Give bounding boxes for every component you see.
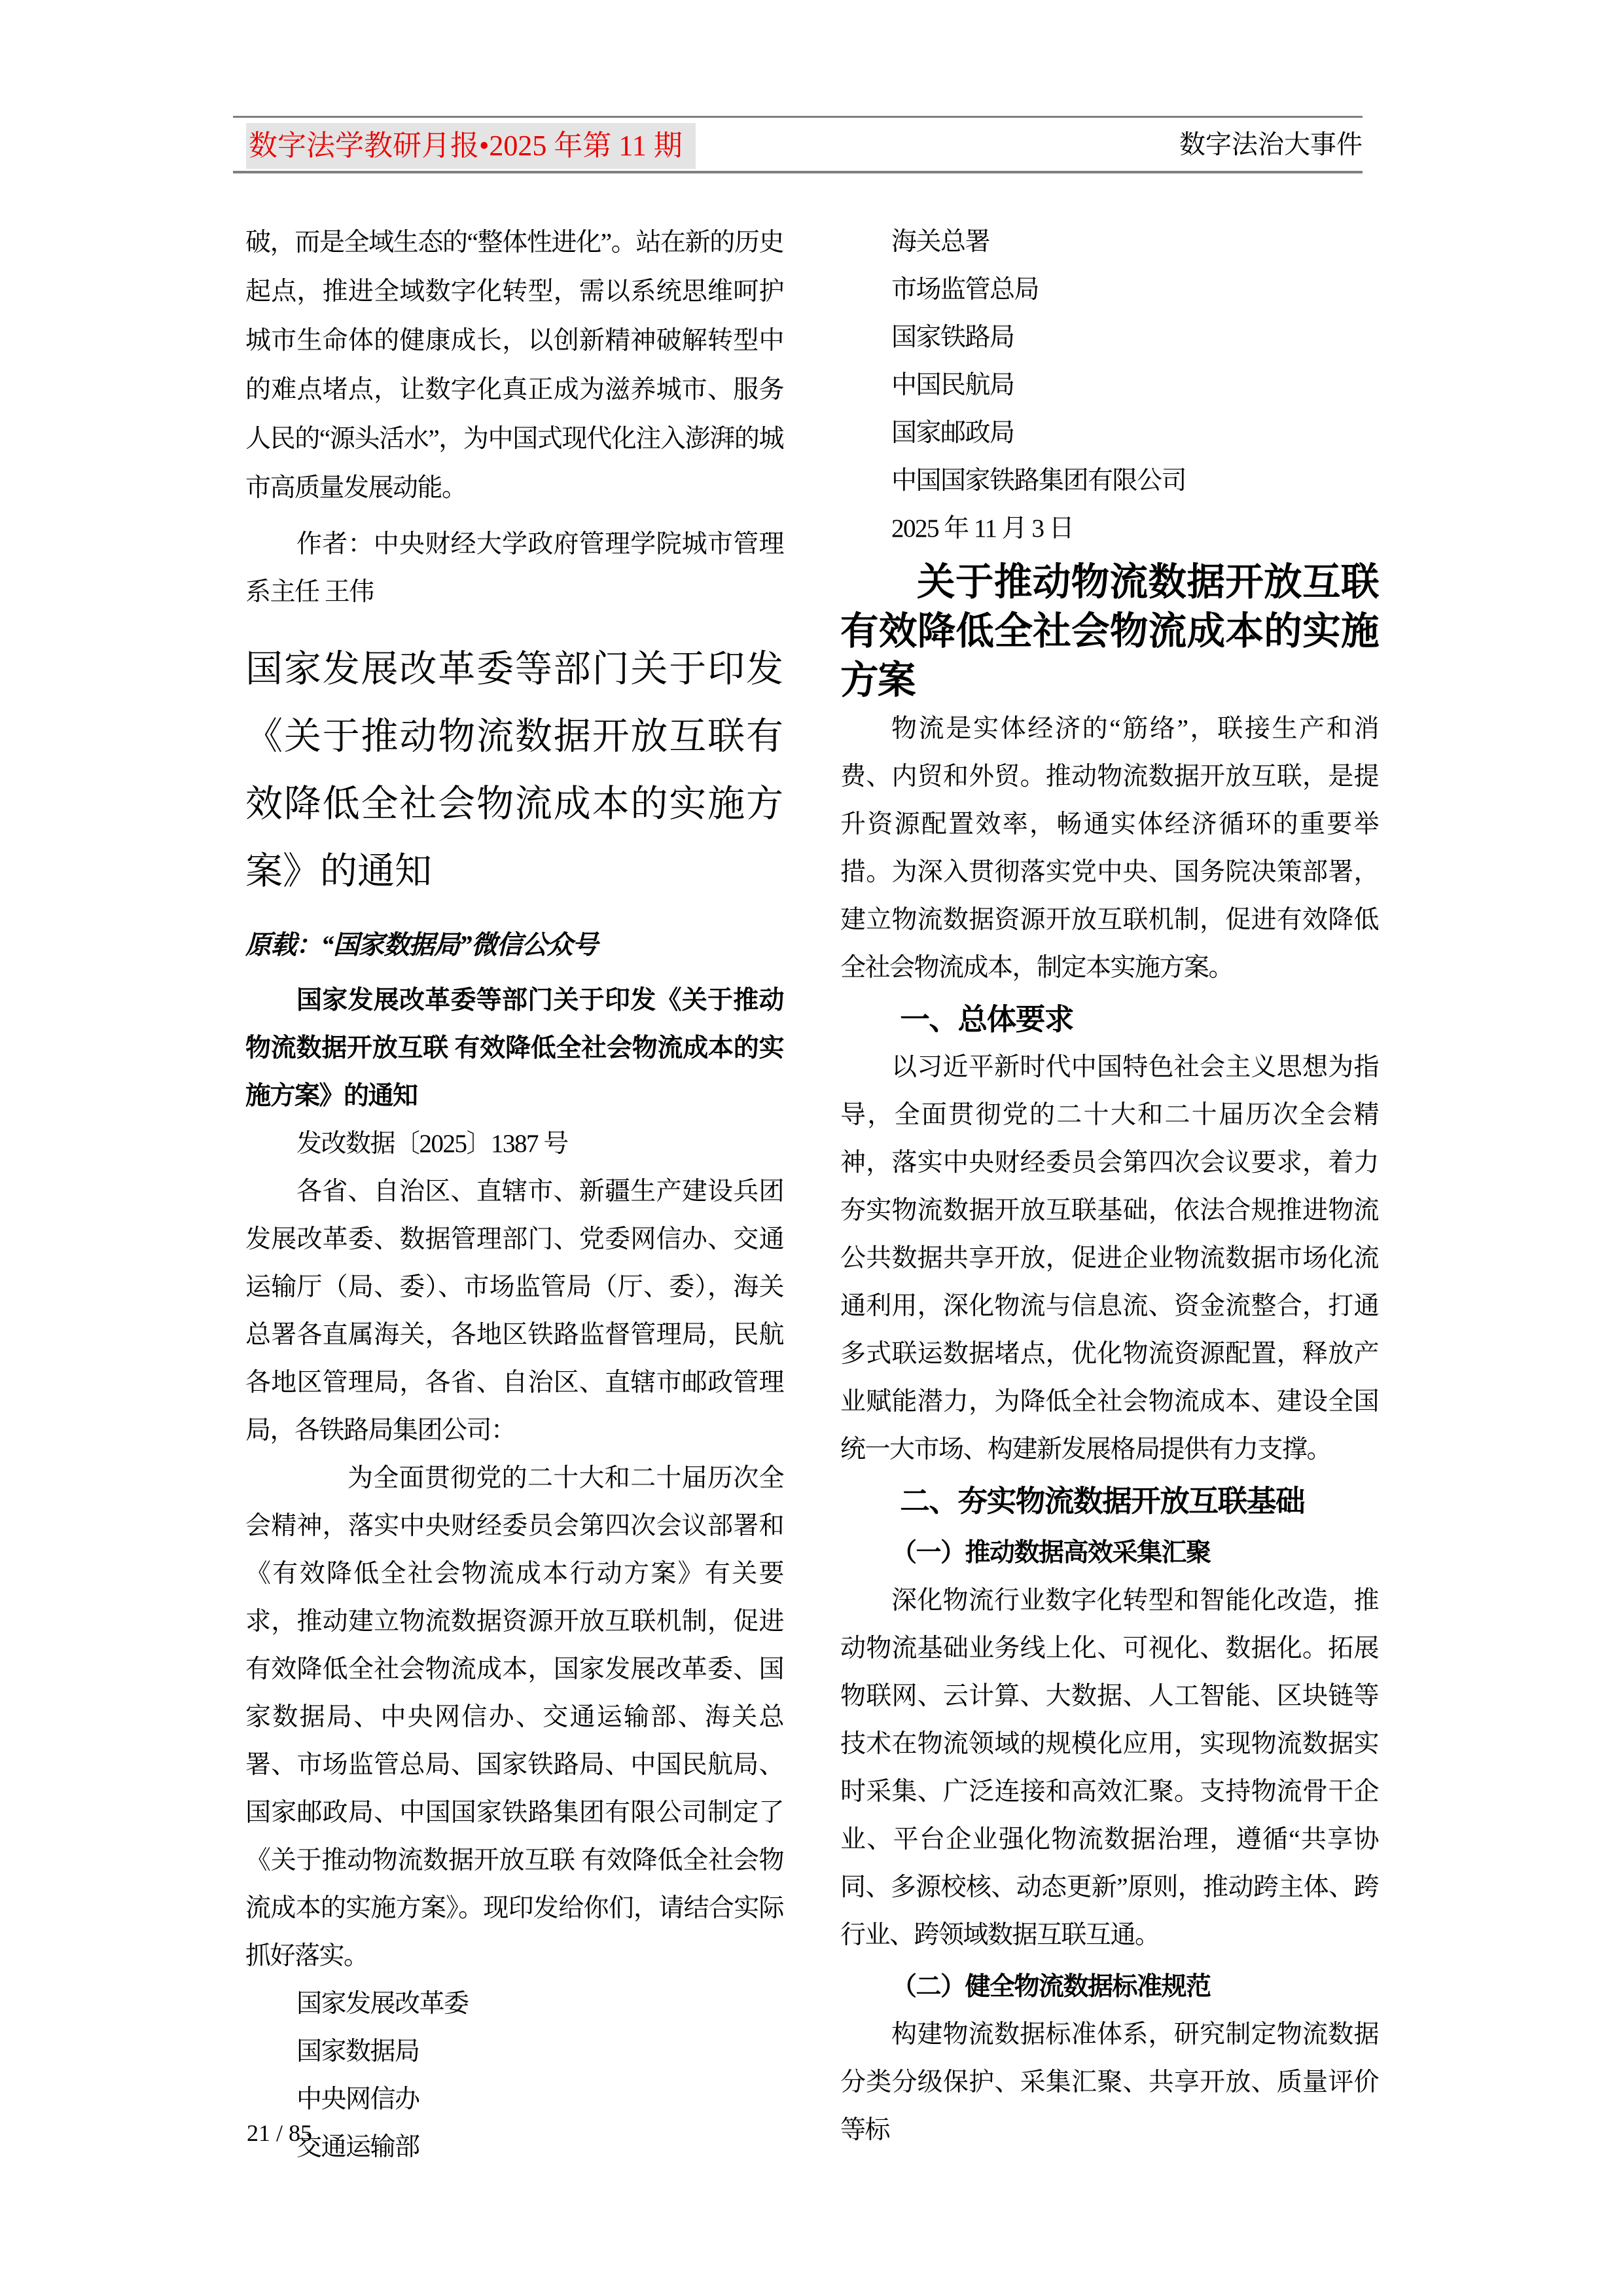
signatory-line: 国家铁路局	[840, 314, 1378, 361]
heading-general-requirements: 一、总体要求	[840, 996, 1378, 1043]
document-page: 数字法学教研月报•2025 年第 11 期 数字法治大事件 破，而是全域生态的“…	[0, 0, 1623, 2296]
signatory-line: 市场监管总局	[840, 266, 1378, 314]
notice-body-paragraph: 为全面贯彻党的二十大和二十届历次全会精神，落实中央财经委员会第四次会议部署和《有…	[245, 1454, 783, 1980]
data-standards-paragraph: 构建物流数据标准体系，研究制定物流数据分类分级保护、采集汇聚、共享开放、质量评价…	[840, 2011, 1378, 2154]
section-title: 数字法治大事件	[1179, 130, 1363, 160]
signatory-line: 国家邮政局	[840, 409, 1378, 457]
plan-intro-paragraph: 物流是实体经济的“筋络”，联接生产和消费、内贸和外贸。推动物流数据开放互联，是提…	[840, 705, 1378, 992]
general-requirements-paragraph: 以习近平新时代中国特色社会主义思想为指导，全面贯彻党的二十大和二十届历次全会精神…	[840, 1043, 1378, 1473]
heading-data-collection: （一）推动数据高效采集汇聚	[840, 1529, 1378, 1577]
plan-title: 关于推动物流数据开放互联有效降低全社会物流成本的实施方案	[840, 558, 1378, 705]
signatory-line: 中国民航局	[840, 361, 1378, 409]
journal-title: 数字法学教研月报•2025 年第 11 期	[246, 123, 696, 169]
header-top-rule	[233, 116, 1363, 118]
salutation-paragraph: 各省、自治区、直辖市、新疆生产建设兵团发展改革委、数据管理部门、党委网信办、交通…	[245, 1168, 783, 1454]
signatory-line: 海关总署	[840, 218, 1378, 266]
doc-number: 发改数据〔2025〕1387 号	[245, 1120, 783, 1168]
signatory-line: 国家发展改革委	[245, 1980, 783, 2028]
signatory-line: 交通运输部	[245, 2123, 783, 2171]
notice-heading: 国家发展改革委等部门关于印发《关于推动物流数据开放互联 有效降低全社会物流成本的…	[245, 977, 783, 1120]
continuation-paragraph: 破，而是全域生态的“整体性进化”。站在新的历史起点，推进全域数字化转型，需以系统…	[245, 218, 783, 512]
data-collection-paragraph: 深化物流行业数字化转型和智能化改造，推动物流基础业务线上化、可视化、数据化。拓展…	[840, 1577, 1378, 1959]
source-line: 原载：“国家数据局”微信公众号	[245, 921, 783, 969]
author-line: 作者：中央财经大学政府管理学院城市管理系主任 王伟	[245, 520, 783, 616]
heading-data-foundation: 二、夯实物流数据开放互联基础	[840, 1477, 1378, 1525]
header-bottom-rule	[233, 171, 1363, 173]
notice-title: 国家发展改革委等部门关于印发《关于推动物流数据开放互联有效降低全社会物流成本的实…	[245, 636, 783, 905]
heading-data-standards: （二）健全物流数据标准规范	[840, 1963, 1378, 2011]
date-line: 2025 年 11 月 3 日	[840, 505, 1378, 552]
left-column: 破，而是全域生态的“整体性进化”。站在新的历史起点，推进全域数字化转型，需以系统…	[245, 218, 783, 2171]
signatory-line: 国家数据局	[245, 2028, 783, 2075]
signatory-line: 中央网信办	[245, 2075, 783, 2123]
signatory-line: 中国国家铁路集团有限公司	[840, 457, 1378, 505]
right-column: 海关总署 市场监管总局 国家铁路局 中国民航局 国家邮政局 中国国家铁路集团有限…	[840, 218, 1378, 2154]
page-number: 21 / 85	[247, 2119, 312, 2147]
